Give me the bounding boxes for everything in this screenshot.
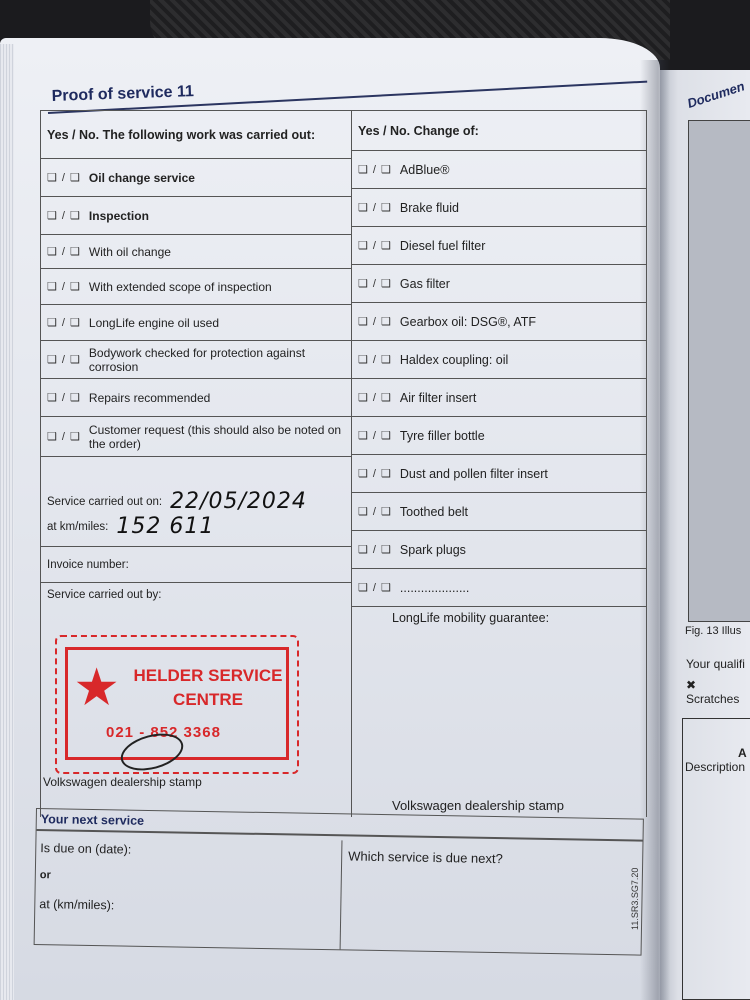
change-item-label: .................... [400,581,469,595]
yes-no-checkbox[interactable]: ❑ / ❑ [47,430,81,443]
stamp-name: HELDER SERVICE CENTRE [128,664,288,712]
work-item-label: Bodywork checked for protection against … [89,346,345,374]
document-code: 11.SR3.SG7.20 [630,868,640,930]
change-item-row[interactable]: ❑ / ❑Gas filter [352,265,646,303]
change-item-row[interactable]: ❑ / ❑Toothed belt [352,493,646,531]
yes-no-checkbox[interactable]: ❑ / ❑ [358,277,392,290]
yes-no-checkbox[interactable]: ❑ / ❑ [358,467,392,480]
dealer-stamp-label-left: Volkswagen dealership stamp [43,775,202,789]
work-item-row[interactable]: ❑ / ❑With extended scope of inspection [41,269,351,305]
work-item-label: With oil change [89,245,171,259]
work-item-row[interactable]: ❑ / ❑Oil change service [41,159,351,197]
yes-no-checkbox[interactable]: ❑ / ❑ [47,391,81,404]
yes-no-checkbox[interactable]: ❑ / ❑ [47,353,81,366]
change-item-row[interactable]: ❑ / ❑Dust and pollen filter insert [352,455,646,493]
yes-no-checkbox[interactable]: ❑ / ❑ [358,581,392,594]
change-item-label: Dust and pollen filter insert [400,467,548,481]
yes-no-checkbox[interactable]: ❑ / ❑ [47,280,81,293]
mileage-row[interactable]: at km/miles: 152 611 [41,507,351,547]
work-item-row[interactable]: ❑ / ❑With oil change [41,235,351,269]
mileage-value[interactable]: 152 611 [116,514,214,539]
change-item-label: Gas filter [400,277,450,291]
change-item-row[interactable]: ❑ / ❑Haldex coupling: oil [352,341,646,379]
change-item-row[interactable]: ❑ / ❑AdBlue® [352,151,646,189]
carried-out-by-label: Service carried out by: [47,589,161,601]
yes-no-checkbox[interactable]: ❑ / ❑ [47,209,81,222]
facing-page-table-col: A [738,746,747,760]
yes-no-checkbox[interactable]: ❑ / ❑ [358,201,392,214]
work-item-row[interactable]: ❑ / ❑Inspection [41,197,351,235]
yes-no-checkbox[interactable]: ❑ / ❑ [358,429,392,442]
change-item-row[interactable]: ❑ / ❑Spark plugs [352,531,646,569]
change-item-label: Air filter insert [400,391,476,405]
next-service-left: Is due on (date): or at (km/miles): [35,835,343,949]
invoice-label: Invoice number: [47,559,129,571]
stamp-name-line1: HELDER SERVICE [128,664,288,688]
work-item-label: LongLife engine oil used [89,316,219,330]
change-item-row[interactable]: ❑ / ❑Diesel fuel filter [352,227,646,265]
work-item-row[interactable]: ❑ / ❑Customer request (this should also … [41,417,351,457]
facing-page-scratches: ✖ Scratches [686,678,750,706]
yes-no-checkbox[interactable]: ❑ / ❑ [358,505,392,518]
work-item-row[interactable]: ❑ / ❑LongLife engine oil used [41,305,351,341]
work-item-label: Repairs recommended [89,391,210,405]
longlife-label: LongLife mobility guarantee: [392,611,549,625]
yes-no-checkbox[interactable]: ❑ / ❑ [47,171,81,184]
change-item-label: Haldex coupling: oil [400,353,508,367]
yes-no-checkbox[interactable]: ❑ / ❑ [358,391,392,404]
stamp-name-line2: CENTRE [128,688,288,712]
change-of-column: Yes / No. Change of: ❑ / ❑AdBlue®❑ / ❑Br… [352,111,646,817]
star-icon: ★ [76,664,117,710]
change-item-label: Toothed belt [400,505,468,519]
work-item-row[interactable]: ❑ / ❑Bodywork checked for protection aga… [41,341,351,379]
dealer-stamp-label-right: Volkswagen dealership stamp [392,798,564,813]
work-item-row[interactable]: ❑ / ❑Repairs recommended [41,379,351,417]
service-date-label: Service carried out on: [47,496,162,508]
yes-no-checkbox[interactable]: ❑ / ❑ [358,239,392,252]
which-service-label: Which service is due next? [348,848,503,866]
change-item-row[interactable]: ❑ / ❑Gearbox oil: DSG®, ATF [352,303,646,341]
next-service-box: Your next service Is due on (date): or a… [34,808,644,956]
or-label: or [36,869,55,881]
change-item-label: Gearbox oil: DSG®, ATF [400,315,536,329]
due-date-label[interactable]: Is due on (date): [36,841,135,857]
work-header-text: Yes / No. The following work was carried… [47,128,315,142]
change-item-row[interactable]: ❑ / ❑.................... [352,569,646,607]
work-item-label: Customer request (this should also be no… [89,423,345,451]
work-item-label: Oil change service [89,171,195,185]
change-item-label: AdBlue® [400,163,450,177]
yes-no-checkbox[interactable]: ❑ / ❑ [358,353,392,366]
change-header: Yes / No. Change of: [352,111,646,151]
due-km-label[interactable]: at (km/miles): [35,897,118,912]
change-header-text: Yes / No. Change of: [358,124,479,138]
longlife-cell: LongLife mobility guarantee: Volkswagen … [352,607,646,817]
yes-no-checkbox[interactable]: ❑ / ❑ [358,163,392,176]
facing-page-description: Description [685,760,745,774]
facing-page-qualifier: Your qualifi [686,657,745,671]
work-header: Yes / No. The following work was carried… [41,111,351,159]
invoice-row[interactable]: Invoice number: [41,547,351,583]
yes-no-checkbox[interactable]: ❑ / ❑ [47,316,81,329]
work-item-label: Inspection [89,209,149,223]
work-item-label: With extended scope of inspection [89,280,272,294]
change-item-row[interactable]: ❑ / ❑Tyre filler bottle [352,417,646,455]
change-item-label: Spark plugs [400,543,466,557]
facing-page-fig-caption: Fig. 13 Illus [685,625,741,637]
facing-page-illustration [688,120,750,622]
change-item-row[interactable]: ❑ / ❑Air filter insert [352,379,646,417]
yes-no-checkbox[interactable]: ❑ / ❑ [358,543,392,556]
change-item-row[interactable]: ❑ / ❑Brake fluid [352,189,646,227]
mileage-label: at km/miles: [47,521,108,533]
which-service-cell[interactable]: Which service is due next? [341,840,643,954]
change-item-label: Diesel fuel filter [400,239,485,253]
change-item-label: Tyre filler bottle [400,429,485,443]
yes-no-checkbox[interactable]: ❑ / ❑ [358,315,392,328]
yes-no-checkbox[interactable]: ❑ / ❑ [47,245,81,258]
change-item-label: Brake fluid [400,201,459,215]
